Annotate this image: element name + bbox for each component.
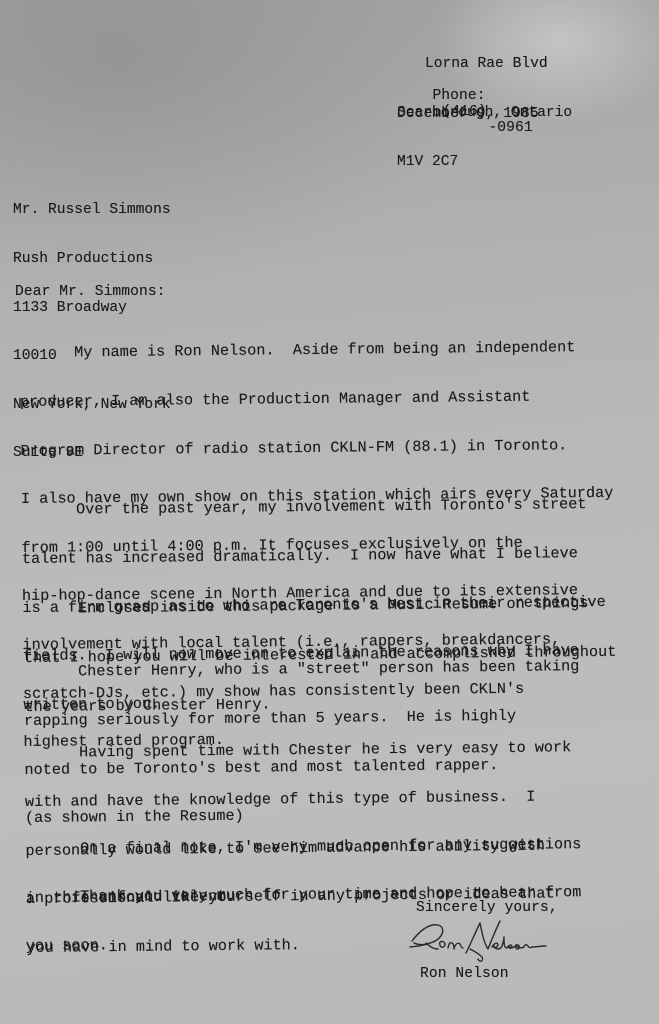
letter-date: December 9, 1985 (397, 106, 539, 122)
body-line: Chester Henry, who is a "street" person … (23, 659, 579, 681)
letter-page: Lorna Rae Blvd Scarborough, Ontario M1V … (0, 0, 659, 1024)
body-line: My name is Ron Nelson. Aside from being … (19, 339, 612, 361)
phone-suffix: -0961 (488, 120, 532, 136)
salutation: Dear Mr. Simmons: (15, 284, 166, 300)
body-line: Having spent time with Chester he is ver… (24, 740, 571, 762)
body-line: Enclosed inside this package is a Music … (23, 595, 616, 617)
sender-postal-code: M1V 2C7 (397, 154, 572, 170)
sender-street: Lorna Rae Blvd (397, 56, 572, 72)
recipient-company: Rush Productions (13, 251, 171, 267)
phone-label: Phone: (432, 88, 485, 104)
recipient-name: Mr. Russel Simmons (13, 202, 171, 218)
body-line: producer, I am also the Production Manag… (20, 388, 613, 410)
body-line: Program Director of radio station CKLN-F… (20, 436, 613, 458)
typed-name: Ron Nelson (420, 966, 509, 982)
body-line: Over the past year, my involvement with … (21, 496, 604, 518)
handwritten-signature: Ron Nelson (408, 913, 553, 965)
